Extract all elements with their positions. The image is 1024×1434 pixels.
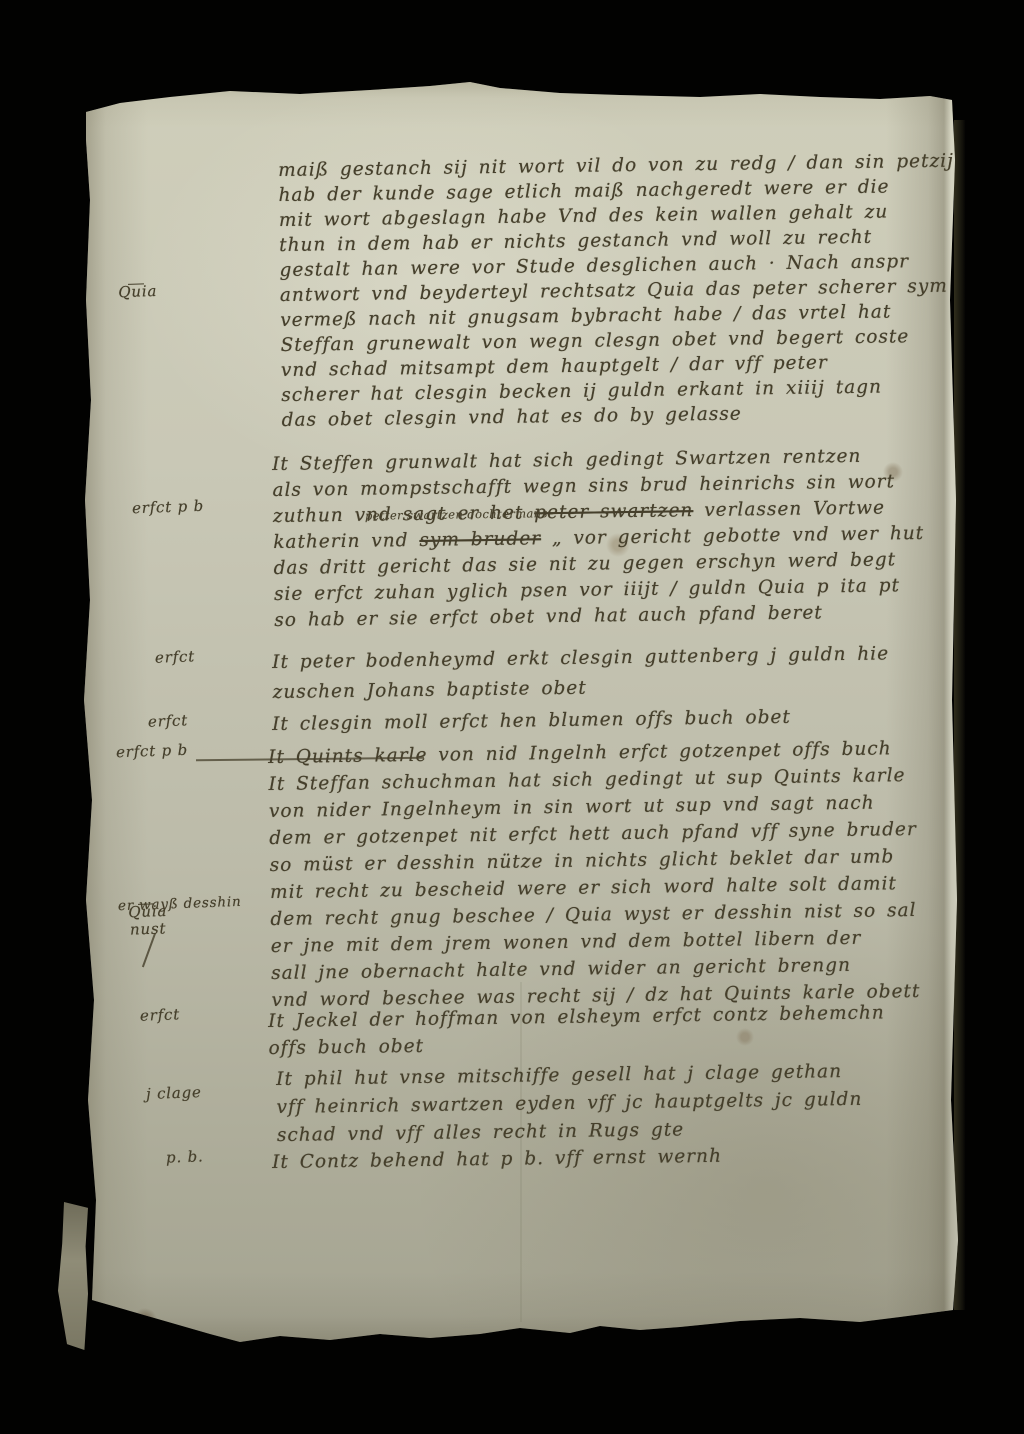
margin-note-erfct-pb: erfct p b <box>132 497 205 518</box>
margin-note-erfct: erfct <box>148 711 189 730</box>
margin-note-erfct: erfct <box>155 647 196 666</box>
line-segment: katherin vnd <box>273 530 419 553</box>
manuscript-line: It clesgin moll erfct hen blumen offs bu… <box>272 705 791 738</box>
entry-block-5: It Quints karle von nid Ingelnh erfct go… <box>268 735 921 1014</box>
line-segment: verlassen Vortwe <box>693 497 885 521</box>
entry-block-4: It clesgin moll erfct hen blumen offs bu… <box>272 705 791 738</box>
underlying-leaf-edge-right <box>954 120 966 1310</box>
margin-note-erfct: erfct <box>140 1005 181 1024</box>
line-segment: „ vor gericht gebotte vnd wer hut <box>541 523 924 549</box>
struck-text: sym bruder <box>419 528 541 551</box>
underlying-leaf-edge-left <box>58 1202 88 1350</box>
entry-block-6: It Jeckel der hoffman von elsheym erfct … <box>268 999 885 1062</box>
interlinear-insertion: petter swartzen dochtermans <box>365 506 548 523</box>
photo-background: maiß gestanch sij nit wort vil do von zu… <box>0 0 1024 1434</box>
margin-note-nust: nust <box>130 919 167 938</box>
manuscript-line: It Contz behend hat p b. vff ernst wernh <box>272 1144 722 1176</box>
margin-note-erfct-pb: erfct p b <box>116 741 189 762</box>
margin-note-pb: p. b. <box>166 1147 204 1166</box>
entry-block-7: It phil hut vnse mitschiffe gesell hat j… <box>276 1058 863 1150</box>
entry-block-3: It peter bodenheymd erkt clesgin guttenb… <box>272 639 890 708</box>
margin-note-j-clage: j clage <box>146 1083 202 1103</box>
entry-block-8: It Contz behend hat p b. vff ernst wernh <box>272 1144 722 1176</box>
manuscript-page: maiß gestanch sij nit wort vil do von zu… <box>84 82 958 1342</box>
entry-block-2: It Steffen grunwalt hat sich gedingt Swa… <box>272 443 925 634</box>
struck-text: peter swartzen <box>534 500 693 523</box>
